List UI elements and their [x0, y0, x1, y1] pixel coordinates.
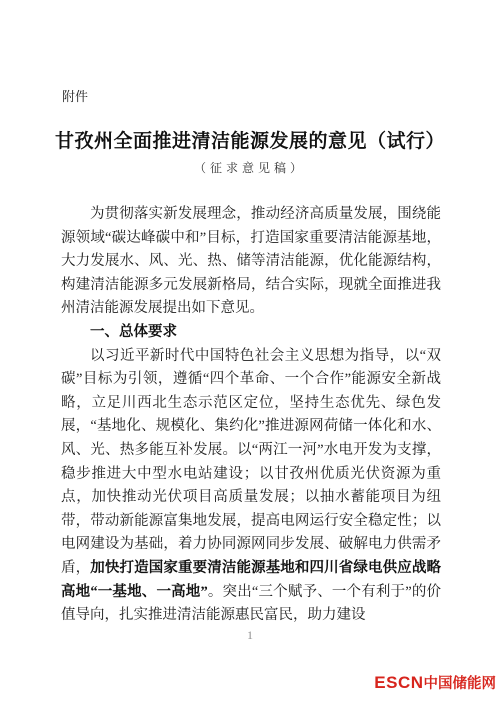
- document-body: 为贯彻落实新发展理念，推动经济高质量发展，围绕能源领域“碳达峰碳中和”目标，打造…: [61, 203, 441, 628]
- document-subtitle: （征求意见稿）: [0, 159, 500, 176]
- escn-logo-text: ESCN: [374, 673, 423, 693]
- escn-watermark-logo: ESCN中国储能网: [374, 672, 496, 693]
- escn-site-name: 中国储能网: [424, 672, 497, 693]
- document-title: 甘孜州全面推进清洁能源发展的意见（试行）: [0, 126, 500, 153]
- attachment-label: 附件: [62, 86, 88, 105]
- page-number: 1: [0, 628, 500, 643]
- section-1-heading: 一、总体要求: [61, 321, 441, 345]
- intro-paragraph: 为贯彻落实新发展理念，推动经济高质量发展，围绕能源领域“碳达峰碳中和”目标，打造…: [61, 203, 441, 321]
- section-1-paragraph: 以习近平新时代中国特色社会主义思想为指导，以“双碳”目标为引领，遵循“四个革命、…: [61, 345, 441, 628]
- section-1-text-regular-1: 以习近平新时代中国特色社会主义思想为指导，以“双碳”目标为引领，遵循“四个革命、…: [61, 348, 441, 576]
- document-page: 附件 甘孜州全面推进清洁能源发展的意见（试行） （征求意见稿） 为贯彻落实新发展…: [0, 0, 500, 706]
